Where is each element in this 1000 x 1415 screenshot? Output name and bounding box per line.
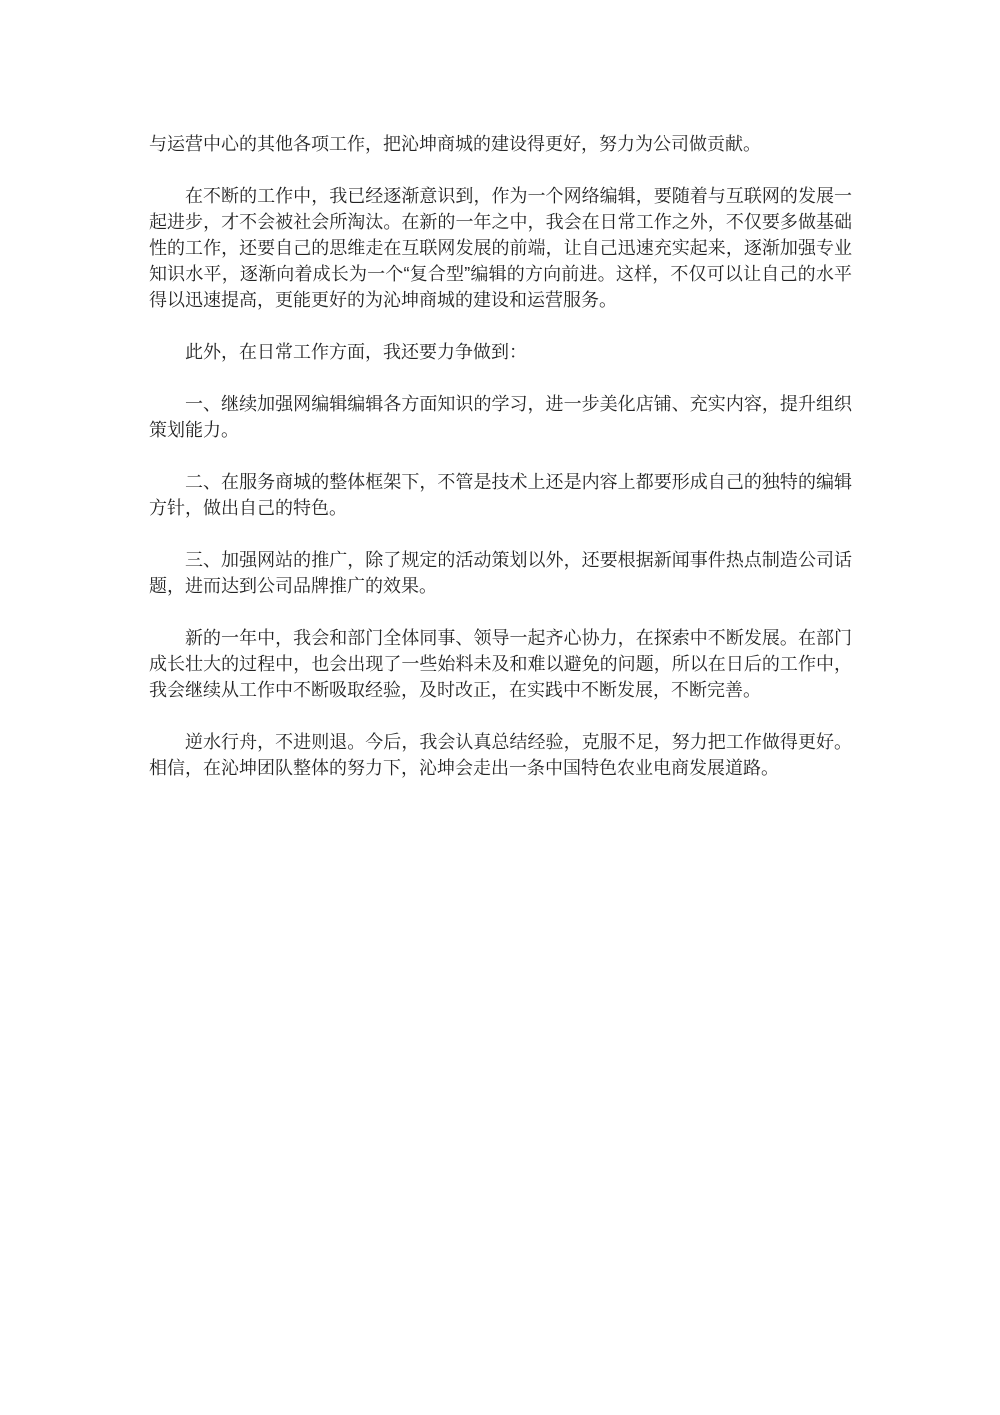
paragraph: 二、在服务商城的整体框架下，不管是技术上还是内容上都要形成自己的独特的编辑方针，… [149, 469, 852, 521]
paragraph: 在不断的工作中，我已经逐渐意识到，作为一个网络编辑，要随着与互联网的发展一起进步… [149, 183, 852, 313]
paragraph: 新的一年中，我会和部门全体同事、领导一起齐心协力，在探索中不断发展。在部门成长壮… [149, 625, 852, 703]
paragraph: 与运营中心的其他各项工作，把沁坤商城的建设得更好，努力为公司做贡献。 [149, 131, 852, 157]
document-page: 与运营中心的其他各项工作，把沁坤商城的建设得更好，努力为公司做贡献。在不断的工作… [0, 0, 1000, 1415]
document-content: 与运营中心的其他各项工作，把沁坤商城的建设得更好，努力为公司做贡献。在不断的工作… [149, 131, 852, 781]
paragraph: 此外，在日常工作方面，我还要力争做到： [149, 339, 852, 365]
paragraph: 逆水行舟，不进则退。今后，我会认真总结经验，克服不足，努力把工作做得更好。相信，… [149, 729, 852, 781]
paragraph: 三、加强网站的推广，除了规定的活动策划以外，还要根据新闻事件热点制造公司话题，进… [149, 547, 852, 599]
paragraph: 一、继续加强网编辑编辑各方面知识的学习，进一步美化店铺、充实内容，提升组织策划能… [149, 391, 852, 443]
